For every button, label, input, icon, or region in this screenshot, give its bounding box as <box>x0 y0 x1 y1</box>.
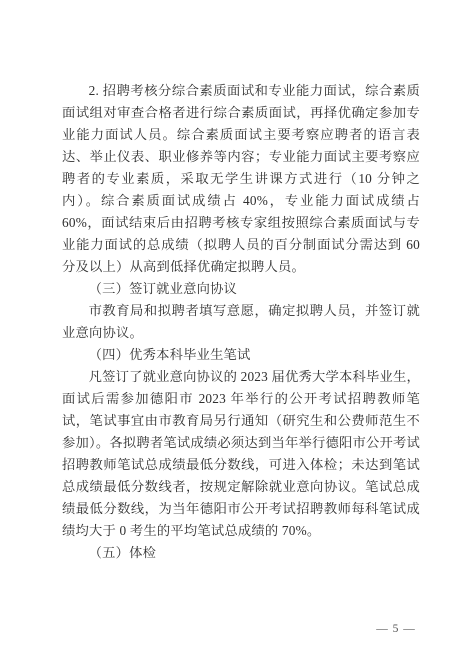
document-page: 2. 招聘考核分综合素质面试和专业能力面试，综合素质面试组对审查合格者进行综合素… <box>0 0 472 668</box>
page-number: — 5 — <box>356 622 436 636</box>
heading-section-5-physical-examination: （五）体检 <box>62 542 420 564</box>
paragraph-employment-intent-agreement: 市教育局和拟聘者填写意愿，确定拟聘人员，并签订就业意向协议。 <box>62 300 420 344</box>
heading-section-3-employment-intent-agreement: （三）签订就业意向协议 <box>62 278 420 300</box>
document-body: 2. 招聘考核分综合素质面试和专业能力面试，综合素质面试组对审查合格者进行综合素… <box>62 80 420 564</box>
paragraph-recruitment-assessment: 2. 招聘考核分综合素质面试和专业能力面试，综合素质面试组对审查合格者进行综合素… <box>62 80 420 278</box>
paragraph-undergraduate-written-test: 凡签订了就业意向协议的 2023 届优秀大学本科毕业生，面试后需参加德阳市 20… <box>62 366 420 542</box>
heading-section-4-undergraduate-written-test: （四）优秀本科毕业生笔试 <box>62 344 420 366</box>
